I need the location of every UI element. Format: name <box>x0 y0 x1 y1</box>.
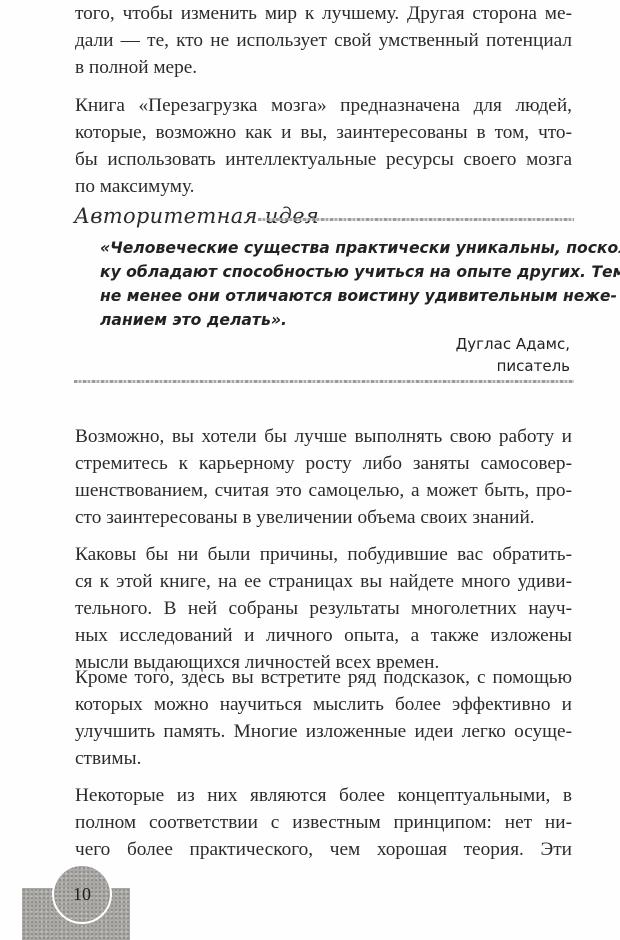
text-line: которые, возможно как и вы, заинтересова… <box>75 119 572 146</box>
text-line: дали — те, кто не использует свой умстве… <box>75 27 572 54</box>
author-name: Дуглас Адамс, <box>456 333 570 355</box>
sidebar-bottom-rule <box>74 380 574 383</box>
text-line: ных исследований и личного опыта, а такж… <box>75 622 572 649</box>
author-role: писатель <box>456 355 570 377</box>
sidebar-top-rule <box>258 218 574 221</box>
text-line: Книга «Перезагрузка мозга» предназначена… <box>75 92 572 119</box>
text-line: по максимуму. <box>75 173 572 200</box>
text-line: Некоторые из них являются более концепту… <box>75 782 572 809</box>
text-line: которых можно научиться мыслить более эф… <box>75 691 572 718</box>
text-line: шенствованием, считая это самоцелью, а м… <box>75 477 572 504</box>
quote-line: «Человеческие существа практически уника… <box>100 236 570 260</box>
text-line: улучшить память. Многие изложенные идеи … <box>75 718 572 745</box>
text-line: ствимы. <box>75 745 572 772</box>
text-line: чего более практического, чем хорошая те… <box>75 836 572 863</box>
quote-line: ланием это делать». <box>100 308 570 332</box>
text-line: тельного. В ней собраны результаты много… <box>75 595 572 622</box>
paragraph-4: Каковы бы ни были причины, побудившие ва… <box>75 541 572 676</box>
text-line: ся к этой книге, на ее страницах вы найд… <box>75 568 572 595</box>
paragraph-2: Книга «Перезагрузка мозга» предназначена… <box>75 92 572 200</box>
quote-line: не менее они отличаются воистину удивите… <box>100 284 570 308</box>
text-line: полном соответствии с известным принципо… <box>75 809 572 836</box>
text-line: Каковы бы ни были причины, побудившие ва… <box>75 541 572 568</box>
text-line: в полной мере. <box>75 54 572 81</box>
quote-line: ку обладают способностью учиться на опыт… <box>100 260 570 284</box>
page-number-circle: 10 <box>52 864 112 924</box>
text-line: того, чтобы изменить мир к лучшему. Друг… <box>75 0 572 27</box>
sidebar-quote: «Человеческие существа практически уника… <box>100 236 570 332</box>
text-line: Кроме того, здесь вы встретите ряд подск… <box>75 664 572 691</box>
paragraph-1: того, чтобы изменить мир к лучшему. Друг… <box>75 0 572 81</box>
page-number: 10 <box>73 884 91 905</box>
paragraph-6: Некоторые из них являются более концепту… <box>75 782 572 863</box>
text-line: бы использовать интеллектуальные ресурсы… <box>75 146 572 173</box>
paragraph-3: Возможно, вы хотели бы лучше выполнять с… <box>75 423 572 531</box>
text-line: сто заинтересованы в увеличении объема с… <box>75 504 572 531</box>
text-line: стремитесь к карьерному росту либо занят… <box>75 450 572 477</box>
text-line: Возможно, вы хотели бы лучше выполнять с… <box>75 423 572 450</box>
paragraph-5: Кроме того, здесь вы встретите ряд подск… <box>75 664 572 772</box>
quote-author: Дуглас Адамс, писатель <box>456 333 570 377</box>
sidebar-title: Авторитетная идея <box>74 204 319 228</box>
